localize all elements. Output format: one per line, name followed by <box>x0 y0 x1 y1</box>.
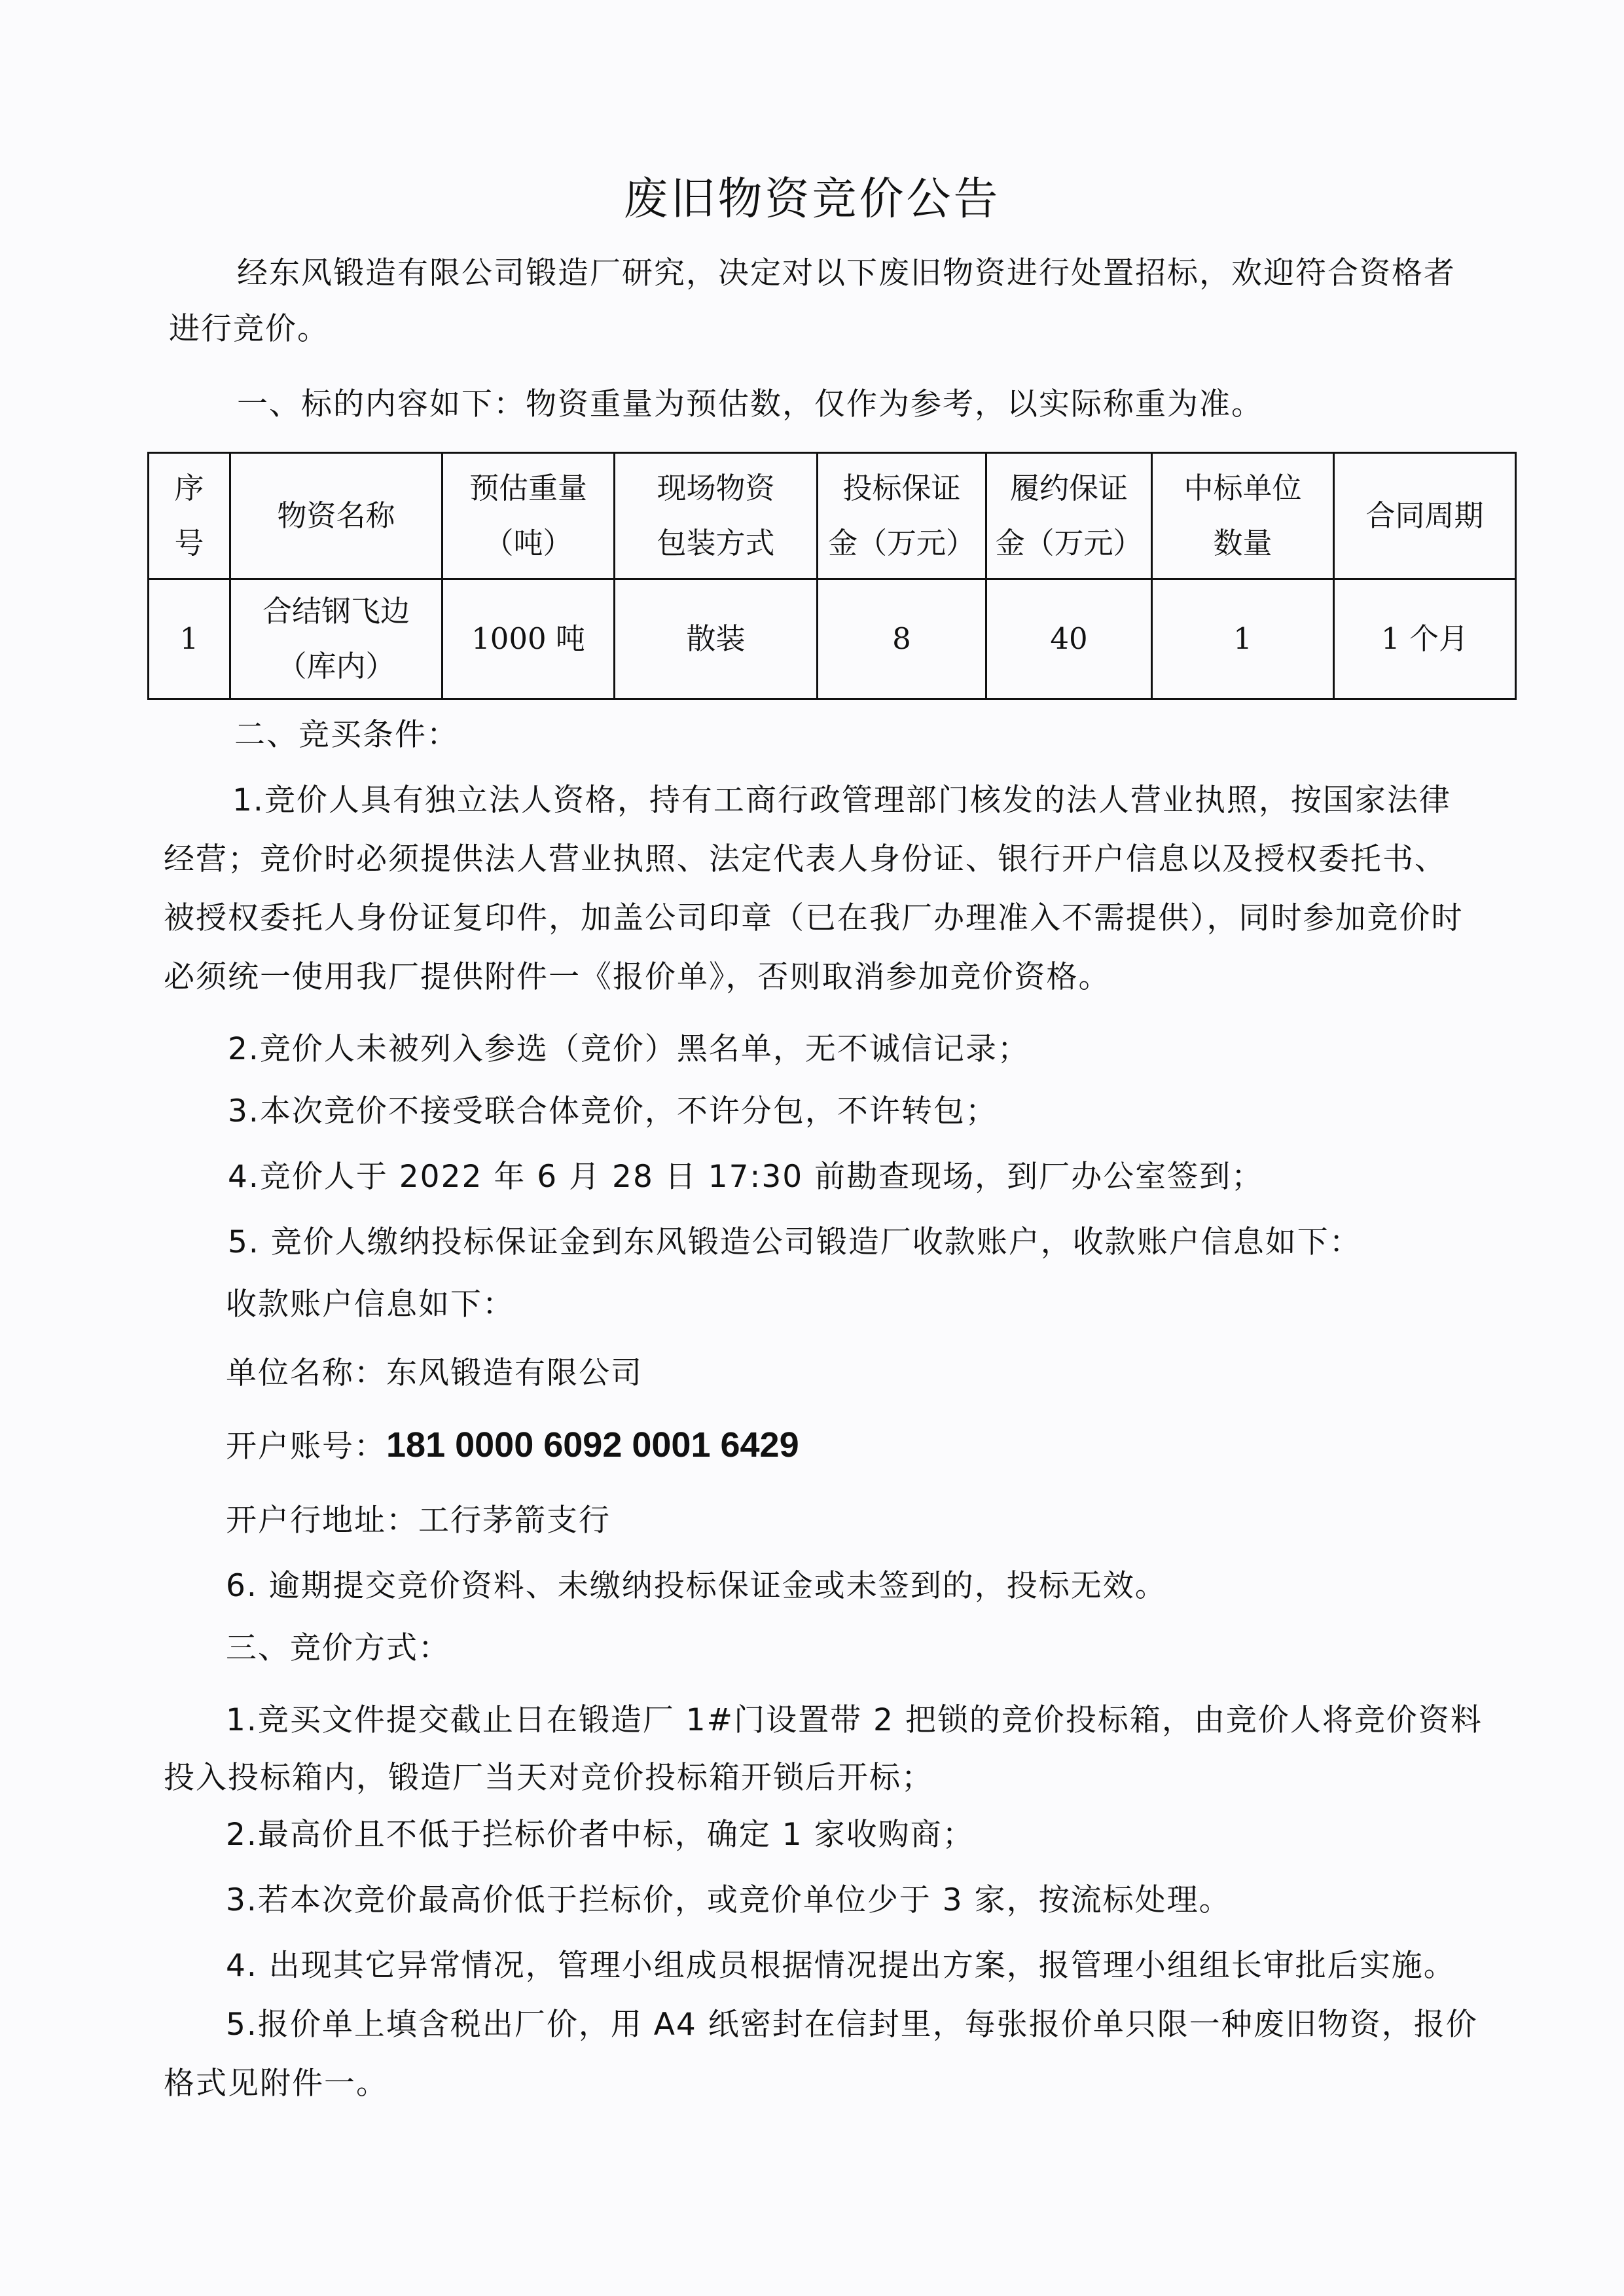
intro-line-2: 进行竞价。 <box>169 304 329 348</box>
header-index: 序 号 <box>149 453 230 579</box>
bank-address-row: 开户行地址：工行茅箭支行 <box>226 1496 611 1540</box>
header-item-name: 物资名称 <box>230 453 442 579</box>
account-name-value: 东风锻造有限公司 <box>386 1355 643 1391</box>
cell-index: 1 <box>149 579 230 699</box>
table-row: 1 合结钢飞边 （库内） 1000 吨 散装 8 40 1 1 个月 <box>149 579 1516 699</box>
cell-weight: 1000 吨 <box>442 579 615 699</box>
header-contract-period: 合同周期 <box>1334 453 1516 579</box>
header-packaging: 现场物资 包装方式 <box>615 453 818 579</box>
bid-items-table: 序 号 物资名称 预估重量 （吨） 现场物资 包装方式 投标保证 金（万元） 履… <box>147 452 1517 700</box>
account-heading: 收款账户信息如下： <box>226 1280 514 1324</box>
page-title: 废旧物资竞价公告 <box>0 164 1624 227</box>
section3-heading: 三、竞价方式： <box>226 1624 450 1667</box>
section2-item5: 5. 竞价人缴纳投标保证金到东风锻造公司锻造厂收款账户，收款账户信息如下： <box>228 1218 1362 1262</box>
cell-packaging: 散装 <box>615 579 818 699</box>
section2-heading: 二、竞买条件： <box>234 710 459 754</box>
section2-item1-line1: 1.竞价人具有独立法人资格，持有工商行政管理部门核发的法人营业执照，按国家法律 <box>232 776 1451 820</box>
bank-address-value: 工行茅箭支行 <box>418 1503 611 1539</box>
bank-address-label: 开户行地址： <box>226 1503 418 1539</box>
section2-item3: 3.本次竞价不接受联合体竞价，不许分包，不许转包； <box>228 1087 998 1131</box>
table-header-row: 序 号 物资名称 预估重量 （吨） 现场物资 包装方式 投标保证 金（万元） 履… <box>149 453 1516 579</box>
account-name-row: 单位名称：东风锻造有限公司 <box>226 1349 643 1393</box>
section3-item1-line2: 投入投标箱内，锻造厂当天对竞价投标箱开锁后开标； <box>164 1753 933 1797</box>
intro-line-1: 经东风锻造有限公司锻造厂研究，决定对以下废旧物资进行处置招标，欢迎符合资格者 <box>237 249 1456 293</box>
section3-item4: 4. 出现其它异常情况，管理小组成员根据情况提出方案，报管理小组组长审批后实施。 <box>226 1941 1456 1985</box>
header-winner-count: 中标单位 数量 <box>1152 453 1334 579</box>
section2-item1-line3: 被授权委托人身份证复印件，加盖公司印章（已在我厂办理准入不需提供），同时参加竞价… <box>164 894 1464 938</box>
section3-item5-line1: 5.报价单上填含税出厂价，用 A4 纸密封在信封里，每张报价单只限一种废旧物资，… <box>226 2000 1478 2044</box>
section3-item3: 3.若本次竞价最高价低于拦标价，或竞价单位少于 3 家，按流标处理。 <box>226 1876 1231 1920</box>
section1-heading: 一、标的内容如下：物资重量为预估数，仅作为参考，以实际称重为准。 <box>237 380 1263 424</box>
cell-bid-deposit: 8 <box>818 579 986 699</box>
section2-item2: 2.竞价人未被列入参选（竞价）黑名单，无不诚信记录； <box>228 1025 1030 1068</box>
account-number-label: 开户账号： <box>226 1429 386 1465</box>
header-estimated-weight: 预估重量 （吨） <box>442 453 615 579</box>
section3-item1-line1: 1.竞买文件提交截止日在锻造厂 1#门设置带 2 把锁的竞价投标箱，由竞价人将竞… <box>226 1696 1483 1740</box>
section2-item1-line2: 经营；竞价时必须提供法人营业执照、法定代表人身份证、银行开户信息以及授权委托书、 <box>164 835 1447 879</box>
section3-item2: 2.最高价且不低于拦标价者中标，确定 1 家收购商； <box>226 1810 975 1854</box>
cell-item-name: 合结钢飞边 （库内） <box>230 579 442 699</box>
section2-item6: 6. 逾期提交竞价资料、未缴纳投标保证金或未签到的，投标无效。 <box>226 1561 1167 1605</box>
account-name-label: 单位名称： <box>226 1355 386 1391</box>
account-number-row: 开户账号：181 0000 6092 0001 6429 <box>226 1422 799 1466</box>
section2-item1-line4: 必须统一使用我厂提供附件一《报价单》，否则取消参加竞价资格。 <box>164 953 1111 996</box>
account-number-value: 181 0000 6092 0001 6429 <box>386 1425 799 1465</box>
section2-item4: 4.竞价人于 2022 年 6 月 28 日 17:30 前勘查现场，到厂办公室… <box>228 1152 1263 1196</box>
cell-contract-period: 1 个月 <box>1334 579 1516 699</box>
header-performance-deposit: 履约保证 金（万元） <box>986 453 1152 579</box>
header-bid-deposit: 投标保证 金（万元） <box>818 453 986 579</box>
section3-item5-line2: 格式见附件一。 <box>164 2059 388 2103</box>
cell-performance-deposit: 40 <box>986 579 1152 699</box>
cell-winner-count: 1 <box>1152 579 1334 699</box>
